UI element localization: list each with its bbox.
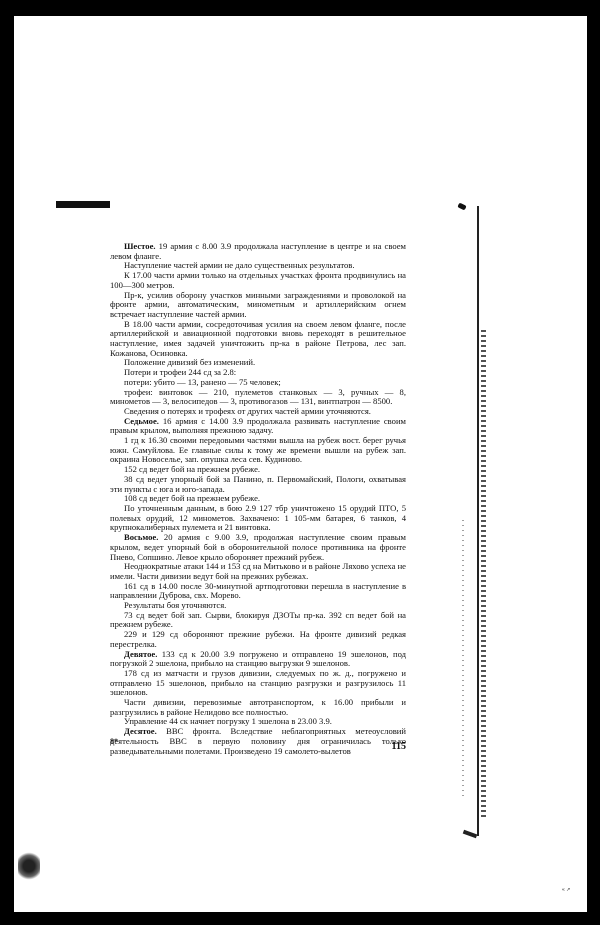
paragraph: Десятое. ВВС фронта. Вследствие неблагоп… [110,727,406,756]
paragraph: В 18.00 части армии, сосредоточивая усил… [110,320,406,359]
paragraph: 1 гд к 16.30 своими передовыми частями в… [110,436,406,465]
corner-stamp: « ↗ [562,887,570,893]
paragraph-text: Сведения о потерях и трофеях от других ч… [124,406,371,416]
page-number: 115 [392,741,406,752]
paragraph-text: 108 сд ведет бой на прежнем рубеже. [124,493,260,503]
paragraph: Восьмое. 20 армия с 9.00 3.9, продолжая … [110,533,406,562]
paragraph-text: Результаты боя уточняются. [124,600,226,610]
paragraph-text: 1 гд к 16.30 своими передовыми частями в… [110,435,406,464]
paragraph: Части дивизии, перевозимые автотранспорт… [110,698,406,717]
document-body: Шестое. 19 армия с 8.00 3.9 продолжала н… [110,242,406,756]
paragraph: Пр-к, усилив оборону участков минными за… [110,291,406,320]
section-lead: Седьмое. [124,416,159,426]
paragraph-text: В 18.00 части армии, сосредоточивая усил… [110,319,406,358]
paragraph: 229 и 129 сд обороняют прежние рубежи. Н… [110,630,406,649]
section-lead: Восьмое. [124,532,158,542]
paragraph: 38 сд ведет упорный бой за Панино, п. Пе… [110,475,406,494]
paragraph-text: 229 и 129 сд обороняют прежние рубежи. Н… [110,629,406,649]
paragraph-text: Управление 44 ск начнет погрузку 1 эшело… [124,716,332,726]
paragraph: Шестое. 19 армия с 8.00 3.9 продолжала н… [110,242,406,261]
paragraph-text: 73 сд ведет бой зап. Сырви, блокируя ДЗО… [110,610,406,630]
paragraph-text: Потери и трофеи 244 сд за 2.8: [124,367,236,377]
scan-smudge [18,850,40,882]
signature-mark: 8* [110,737,118,746]
paragraph: К 17.00 части армии только на отдельных … [110,271,406,290]
binding-edge-texture [481,330,486,820]
paragraph-text: Неоднократные атаки 144 и 153 сд на Мить… [110,561,406,581]
paragraph-text: Части дивизии, перевозимые автотранспорт… [110,697,406,717]
paragraph-text: Наступление частей армии не дало существ… [124,260,355,270]
paragraph-text: Положение дивизий без изменений. [124,357,255,367]
paragraph-text: 161 сд в 14.00 после 30-минутной артподг… [110,581,406,601]
paragraph-text: 38 сд ведет упорный бой за Панино, п. Пе… [110,474,406,494]
paragraph: 178 сд из матчасти и грузов дивизии, сле… [110,669,406,698]
section-lead: Шестое. [124,241,156,251]
paragraph-text: К 17.00 части армии только на отдельных … [110,270,406,290]
paragraph: трофеи: винтовок — 210, пулеметов станко… [110,388,406,407]
paragraph-text: трофеи: винтовок — 210, пулеметов станко… [110,387,406,407]
paragraph: Седьмое. 16 армия с 14.00 3.9 продолжала… [110,417,406,436]
binding-edge-line [477,206,479,836]
paragraph: Неоднократные атаки 144 и 153 сд на Мить… [110,562,406,581]
paragraph-text: Пр-к, усилив оборону участков минными за… [110,290,406,319]
paragraph-text: 152 сд ведет бой на прежнем рубеже. [124,464,260,474]
paragraph: 161 сд в 14.00 после 30-минутной артподг… [110,582,406,601]
redaction-bar [56,201,110,208]
paragraph-text: По уточненным данным, в бою 2.9 127 тбр … [110,503,406,532]
section-lead: Девятое. [124,649,157,659]
paragraph-text: потери: убито — 13, ранено — 75 человек; [124,377,281,387]
binding-edge-texture-inner [462,520,464,800]
section-lead: Десятое. [124,726,157,736]
paragraph-text: 178 сд из матчасти и грузов дивизии, сле… [110,668,406,697]
paragraph: Девятое. 133 сд к 20.00 3.9 погружено и … [110,650,406,669]
paragraph: По уточненным данным, в бою 2.9 127 тбр … [110,504,406,533]
paragraph: 73 сд ведет бой зап. Сырви, блокируя ДЗО… [110,611,406,630]
